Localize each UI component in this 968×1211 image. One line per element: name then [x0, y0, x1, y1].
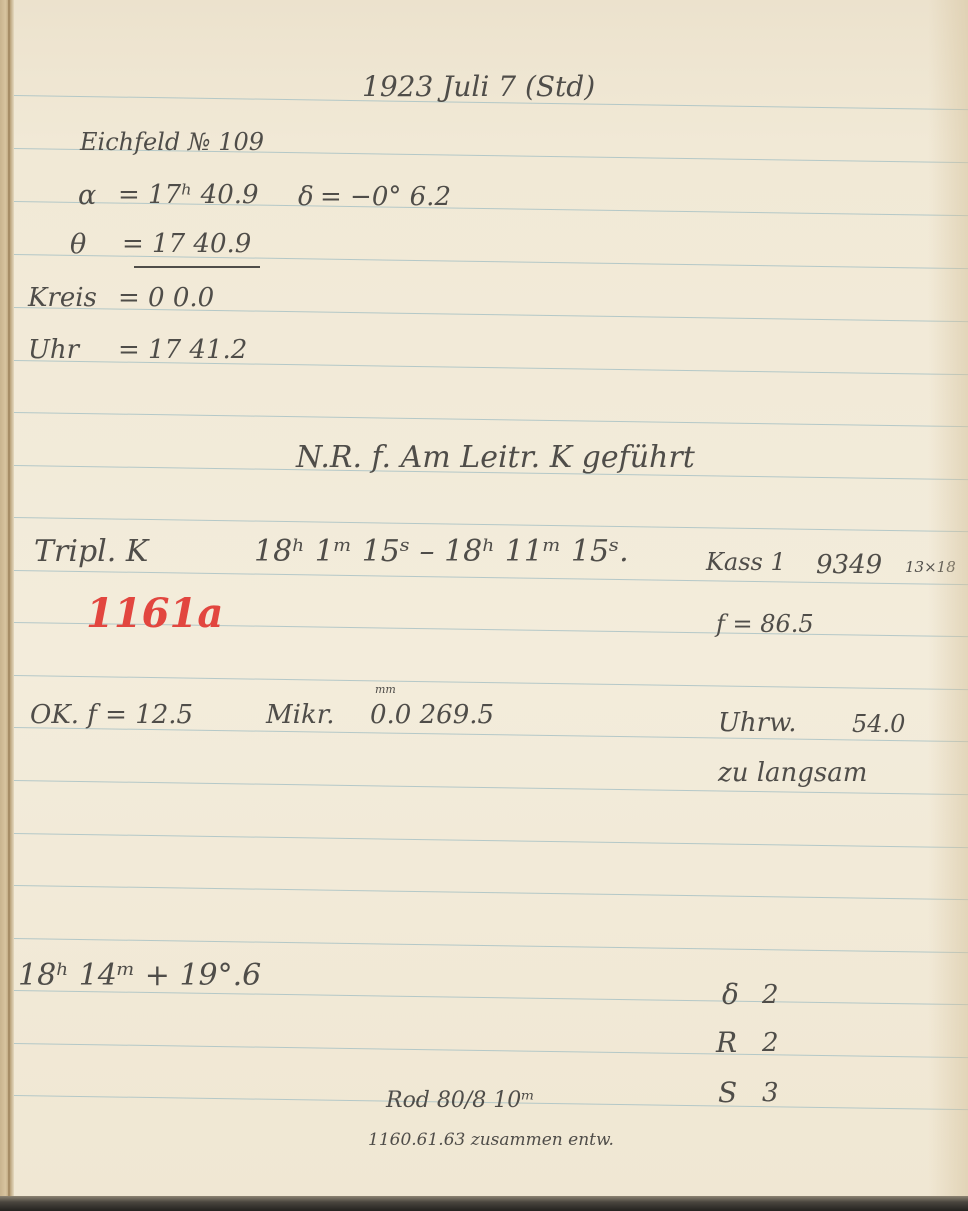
clock-rate-note: zu langsam	[718, 758, 867, 788]
rating-label: S	[718, 1076, 737, 1109]
rating-label: R	[716, 1026, 737, 1059]
theta-value: = 17 40.9	[122, 229, 251, 259]
uhr-label: Uhr	[28, 335, 79, 365]
delta-value: = −0° 6.2	[320, 182, 451, 212]
guiding-note: N.R. f. Am Leitr. K geführt	[296, 440, 695, 475]
plate-id-red: 1161a	[86, 590, 223, 637]
development-note: Rod 80/8 10ᵐ	[386, 1088, 535, 1113]
ruled-line	[14, 675, 968, 690]
ruled-line	[14, 517, 968, 532]
sum-underline	[134, 266, 260, 268]
second-position: 18ʰ 14ᵐ + 19°.6	[18, 958, 261, 993]
plate-number: 9349	[816, 550, 882, 580]
exposure-time-range: 18ʰ 1ᵐ 15ˢ – 18ʰ 11ᵐ 15ˢ.	[254, 534, 629, 569]
alpha-label: α	[78, 180, 96, 211]
uhr-value: = 17 41.2	[118, 335, 247, 365]
exposure-label: Tripl. K	[34, 534, 148, 569]
entry-date: 1923 Juli 7 (Std)	[362, 70, 595, 103]
kreis-value: = 0 0.0	[118, 283, 214, 313]
ruled-line	[14, 412, 968, 427]
delta-label: δ	[298, 182, 314, 212]
cassette-label: Kass 1	[706, 548, 786, 576]
rating-value: 3	[762, 1078, 779, 1108]
rating-value: 2	[762, 1028, 779, 1058]
ocular-focus: OK. f = 12.5	[30, 700, 193, 730]
micrometer-unit: mm	[375, 683, 396, 696]
clock-rate-value: 54.0	[852, 710, 905, 738]
field-title: Eichfeld № 109	[80, 128, 264, 156]
theta-label: θ	[70, 229, 86, 260]
ruled-line	[14, 833, 968, 848]
ruled-line	[14, 938, 968, 953]
rating-value: 2	[762, 980, 779, 1010]
micrometer-label: Mikr.	[266, 700, 335, 730]
notebook-page: 1923 Juli 7 (Std) Eichfeld № 109 α = 17ʰ…	[0, 0, 968, 1200]
development-plates: 1160.61.63 zusammen entw.	[368, 1130, 614, 1150]
ruled-line	[14, 1043, 968, 1058]
kreis-label: Kreis	[28, 283, 97, 313]
ruled-line	[14, 885, 968, 900]
alpha-value: = 17ʰ 40.9	[118, 180, 259, 210]
focus-value: f = 86.5	[716, 610, 814, 638]
clock-rate-label: Uhrw.	[718, 708, 797, 738]
rating-label: δ	[722, 978, 739, 1011]
page-bottom-edge	[0, 1196, 968, 1211]
plate-size: 13×18	[905, 558, 956, 576]
micrometer-value: 0.0 269.5	[370, 700, 494, 730]
